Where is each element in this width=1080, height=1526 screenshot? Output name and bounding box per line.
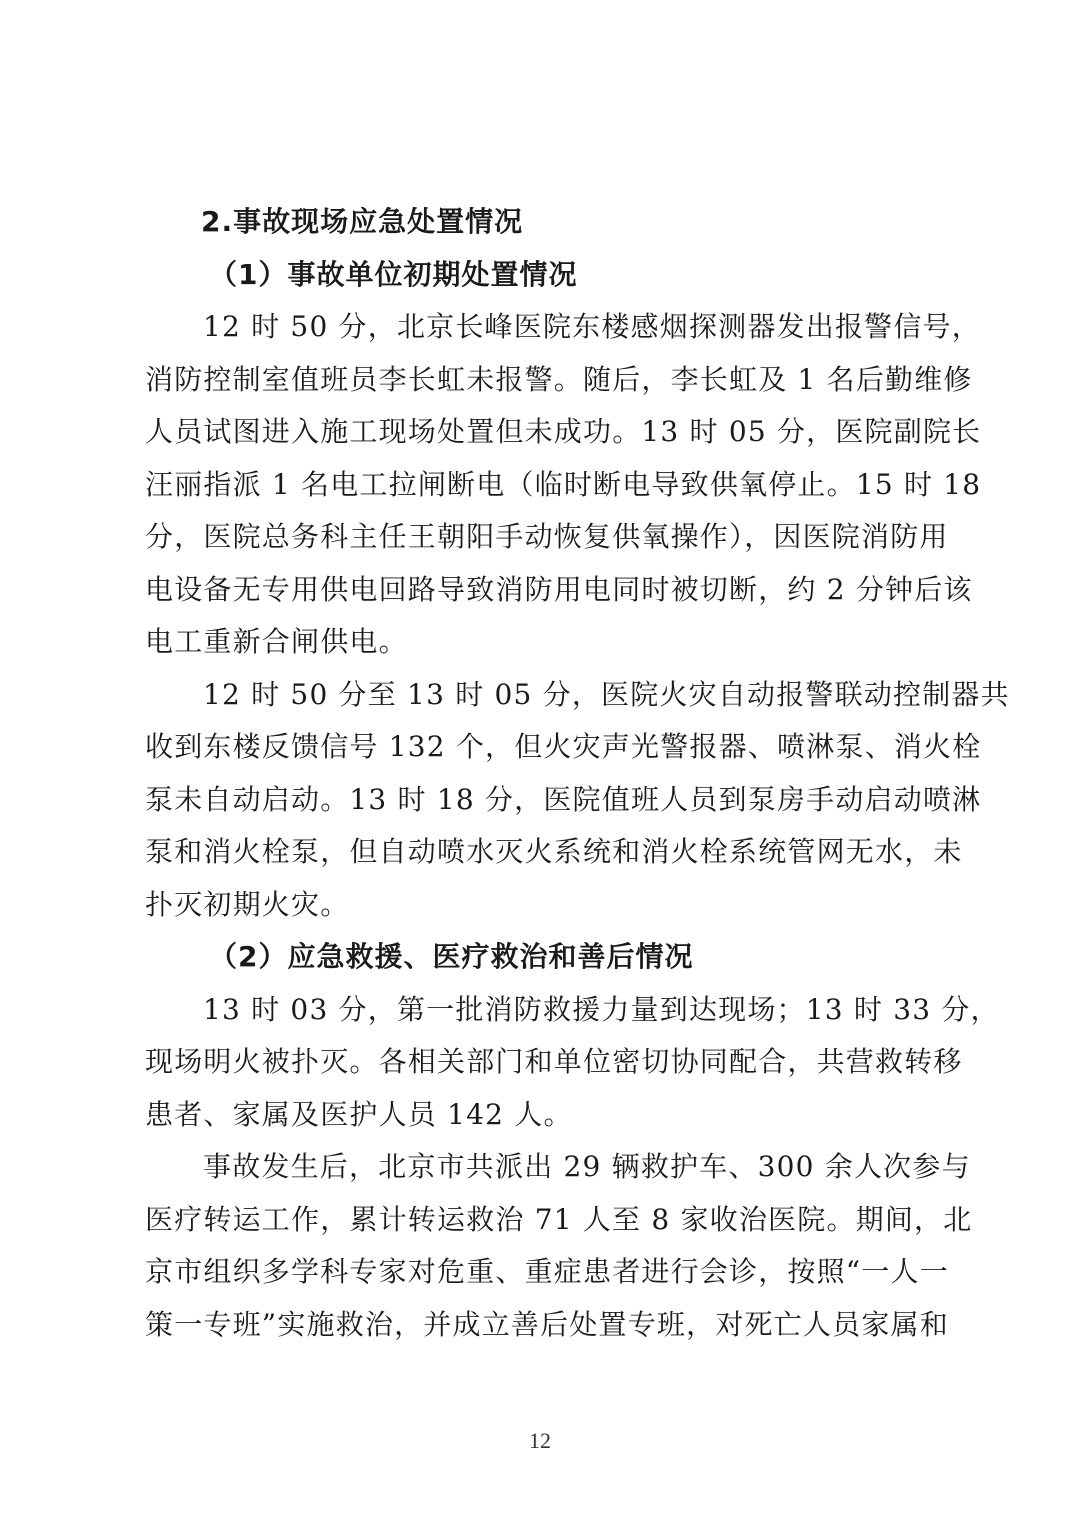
paragraph-medical-transfer: 事故发生后，北京市共派出 29 辆救护车、300 余人次参与 医疗转运工作，累计… bbox=[145, 1141, 945, 1351]
text-line: 消防控制室值班员李长虹未报警。随后，李长虹及 1 名后勤维修 bbox=[145, 354, 945, 407]
text-line: 医疗转运工作，累计转运救治 71 人至 8 家收治医院。期间，北 bbox=[145, 1194, 945, 1247]
text-line: 12 时 50 分，北京长峰医院东楼感烟探测器发出报警信号， bbox=[145, 301, 945, 354]
text-line: 电设备无专用供电回路导致消防用电同时被切断，约 2 分钟后该 bbox=[145, 564, 945, 617]
text-line: 泵和消火栓泵，但自动喷水灭火系统和消火栓系统管网无水，未 bbox=[145, 826, 945, 879]
text-line: 患者、家属及医护人员 142 人。 bbox=[145, 1089, 945, 1142]
paragraph-alarm-system: 12 时 50 分至 13 时 05 分，医院火灾自动报警联动控制器共 收到东楼… bbox=[145, 669, 945, 932]
text-line: 现场明火被扑灭。各相关部门和单位密切协同配合，共营救转移 bbox=[145, 1036, 945, 1089]
subsection-heading-initial-response: （1）事故单位初期处置情况 bbox=[145, 249, 945, 302]
text-line: 策一专班”实施救治，并成立善后处置专班，对死亡人员家属和 bbox=[145, 1299, 945, 1352]
subsection-heading-rescue: （2）应急救援、医疗救治和善后情况 bbox=[145, 931, 945, 984]
section-heading: 2.事故现场应急处置情况 bbox=[145, 196, 945, 249]
text-line: 京市组织多学科专家对危重、重症患者进行会诊，按照“一人一 bbox=[145, 1246, 945, 1299]
text-line: 扑灭初期火灾。 bbox=[145, 879, 945, 932]
paragraph-initial-response: 12 时 50 分，北京长峰医院东楼感烟探测器发出报警信号， 消防控制室值班员李… bbox=[145, 301, 945, 669]
text-line: 泵未自动启动。13 时 18 分，医院值班人员到泵房手动启动喷淋 bbox=[145, 774, 945, 827]
page-number: 12 bbox=[0, 1428, 1080, 1454]
paragraph-rescue: 13 时 03 分，第一批消防救援力量到达现场；13 时 33 分， 现场明火被… bbox=[145, 984, 945, 1142]
text-line: 收到东楼反馈信号 132 个，但火灾声光警报器、喷淋泵、消火栓 bbox=[145, 721, 945, 774]
text-line: 13 时 03 分，第一批消防救援力量到达现场；13 时 33 分， bbox=[145, 984, 945, 1037]
document-page: 2.事故现场应急处置情况 （1）事故单位初期处置情况 12 时 50 分，北京长… bbox=[0, 0, 1080, 1526]
document-body: 2.事故现场应急处置情况 （1）事故单位初期处置情况 12 时 50 分，北京长… bbox=[145, 196, 945, 1351]
text-line: 人员试图进入施工现场处置但未成功。13 时 05 分，医院副院长 bbox=[145, 406, 945, 459]
text-line: 分，医院总务科主任王朝阳手动恢复供氧操作），因医院消防用 bbox=[145, 511, 945, 564]
text-line: 12 时 50 分至 13 时 05 分，医院火灾自动报警联动控制器共 bbox=[145, 669, 945, 722]
text-line: 汪丽指派 1 名电工拉闸断电（临时断电导致供氧停止。15 时 18 bbox=[145, 459, 945, 512]
text-line: 事故发生后，北京市共派出 29 辆救护车、300 余人次参与 bbox=[145, 1141, 945, 1194]
text-line: 电工重新合闸供电。 bbox=[145, 616, 945, 669]
